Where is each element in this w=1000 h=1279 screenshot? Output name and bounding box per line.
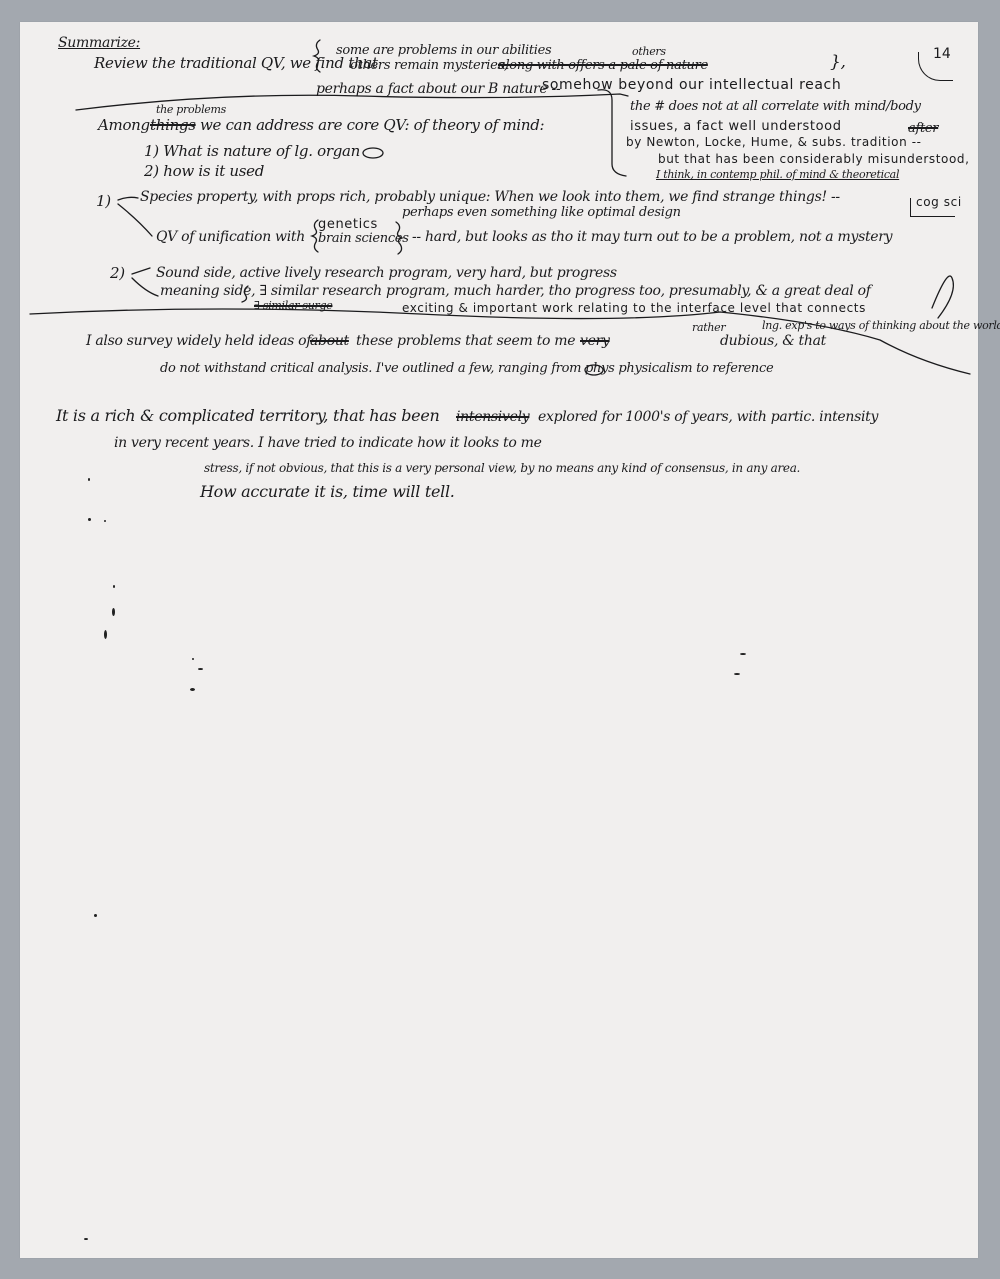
stray-mark [190, 688, 195, 691]
stray-mark [88, 518, 91, 521]
document-page: 14 Summarize: Review the traditional QV,… [20, 22, 978, 1258]
stray-mark [740, 653, 746, 655]
stray-mark [112, 608, 115, 616]
stray-mark [734, 673, 740, 675]
stray-mark [198, 668, 203, 670]
stray-mark [104, 630, 107, 639]
stray-mark [192, 658, 194, 660]
stray-mark [113, 585, 115, 588]
annotation-strokes [20, 22, 978, 1258]
stray-mark [104, 520, 106, 522]
stray-mark [84, 1238, 88, 1240]
stray-mark [88, 478, 90, 481]
stray-mark [94, 914, 97, 917]
